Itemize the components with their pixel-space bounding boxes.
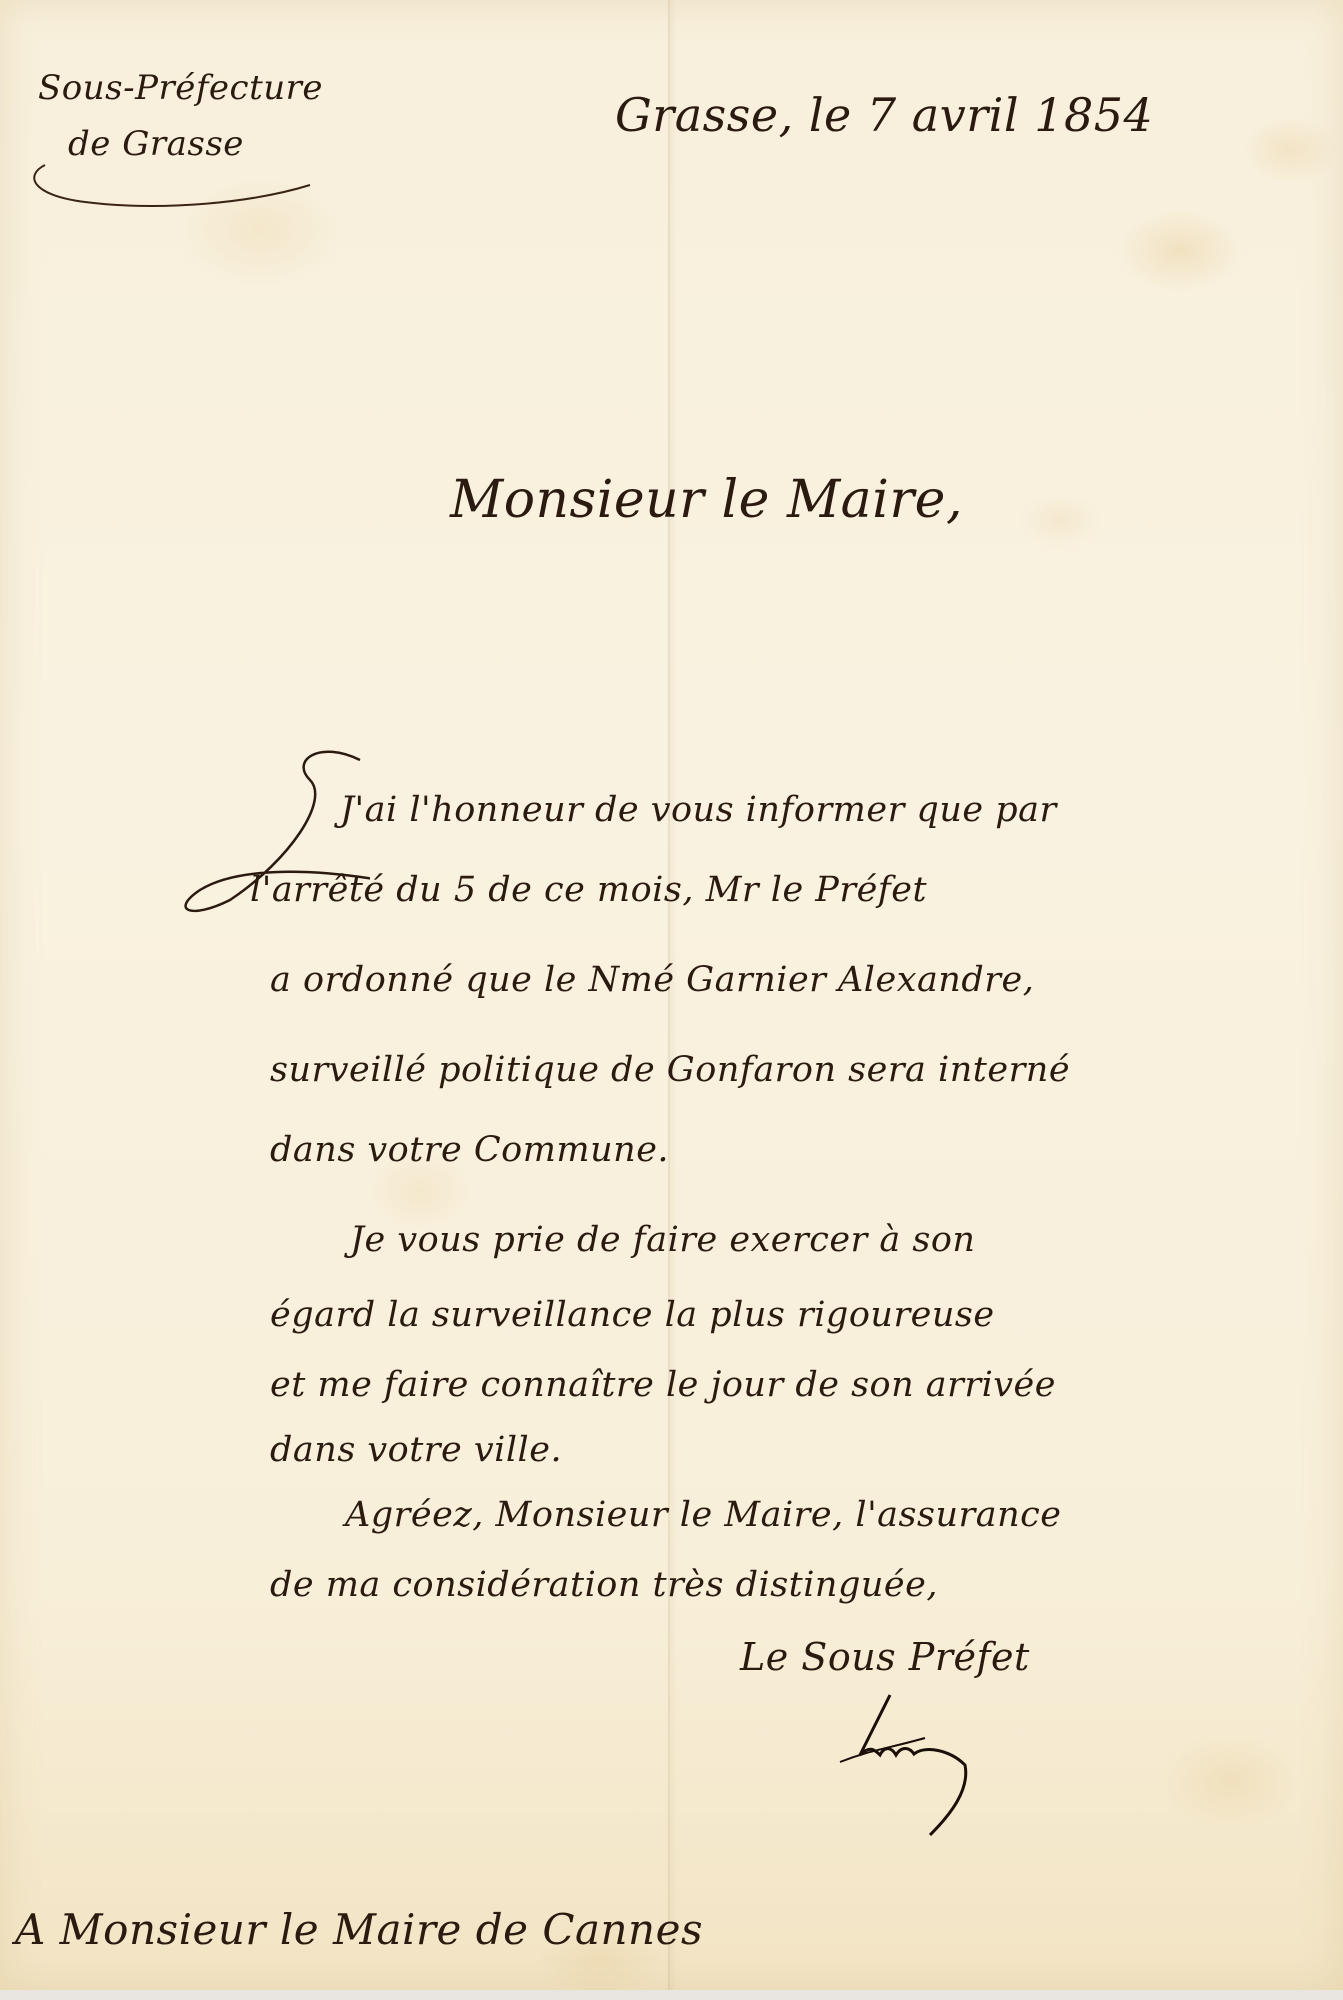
body-line: surveillé politique de Gonfaron sera int…: [270, 1050, 1070, 1090]
office-line-1: Sous-Préfecture: [38, 68, 323, 108]
closing-title: Le Sous Préfet: [740, 1635, 1030, 1679]
body-line: et me faire connaître le jour de son arr…: [270, 1365, 1056, 1405]
body-line: Je vous prie de faire exercer à son: [350, 1220, 975, 1260]
body-line: l'arrêté du 5 de ce mois, Mr le Préfet: [250, 870, 927, 910]
body-line: dans votre ville.: [270, 1430, 562, 1470]
date-line: Grasse, le 7 avril 1854: [615, 88, 1153, 142]
addressee-line: A Monsieur le Maire de Cannes: [15, 1905, 703, 1954]
signature-icon: [830, 1690, 990, 1840]
body-line: a ordonné que le Nmé Garnier Alexandre,: [270, 960, 1034, 1000]
underline-flourish-icon: [25, 140, 315, 220]
scan-bottom-edge: [0, 1990, 1343, 2000]
body-line: égard la surveillance la plus rigoureuse: [270, 1295, 995, 1335]
body-line: dans votre Commune.: [270, 1130, 669, 1170]
body-line: Agréez, Monsieur le Maire, l'assurance: [345, 1495, 1061, 1535]
body-line: J'ai l'honneur de vous informer que par: [340, 790, 1057, 830]
body-line: de ma considération très distinguée,: [270, 1565, 938, 1605]
salutation: Monsieur le Maire,: [450, 470, 963, 530]
letter-page: Sous-Préfecture de Grasse Grasse, le 7 a…: [0, 0, 1343, 1990]
